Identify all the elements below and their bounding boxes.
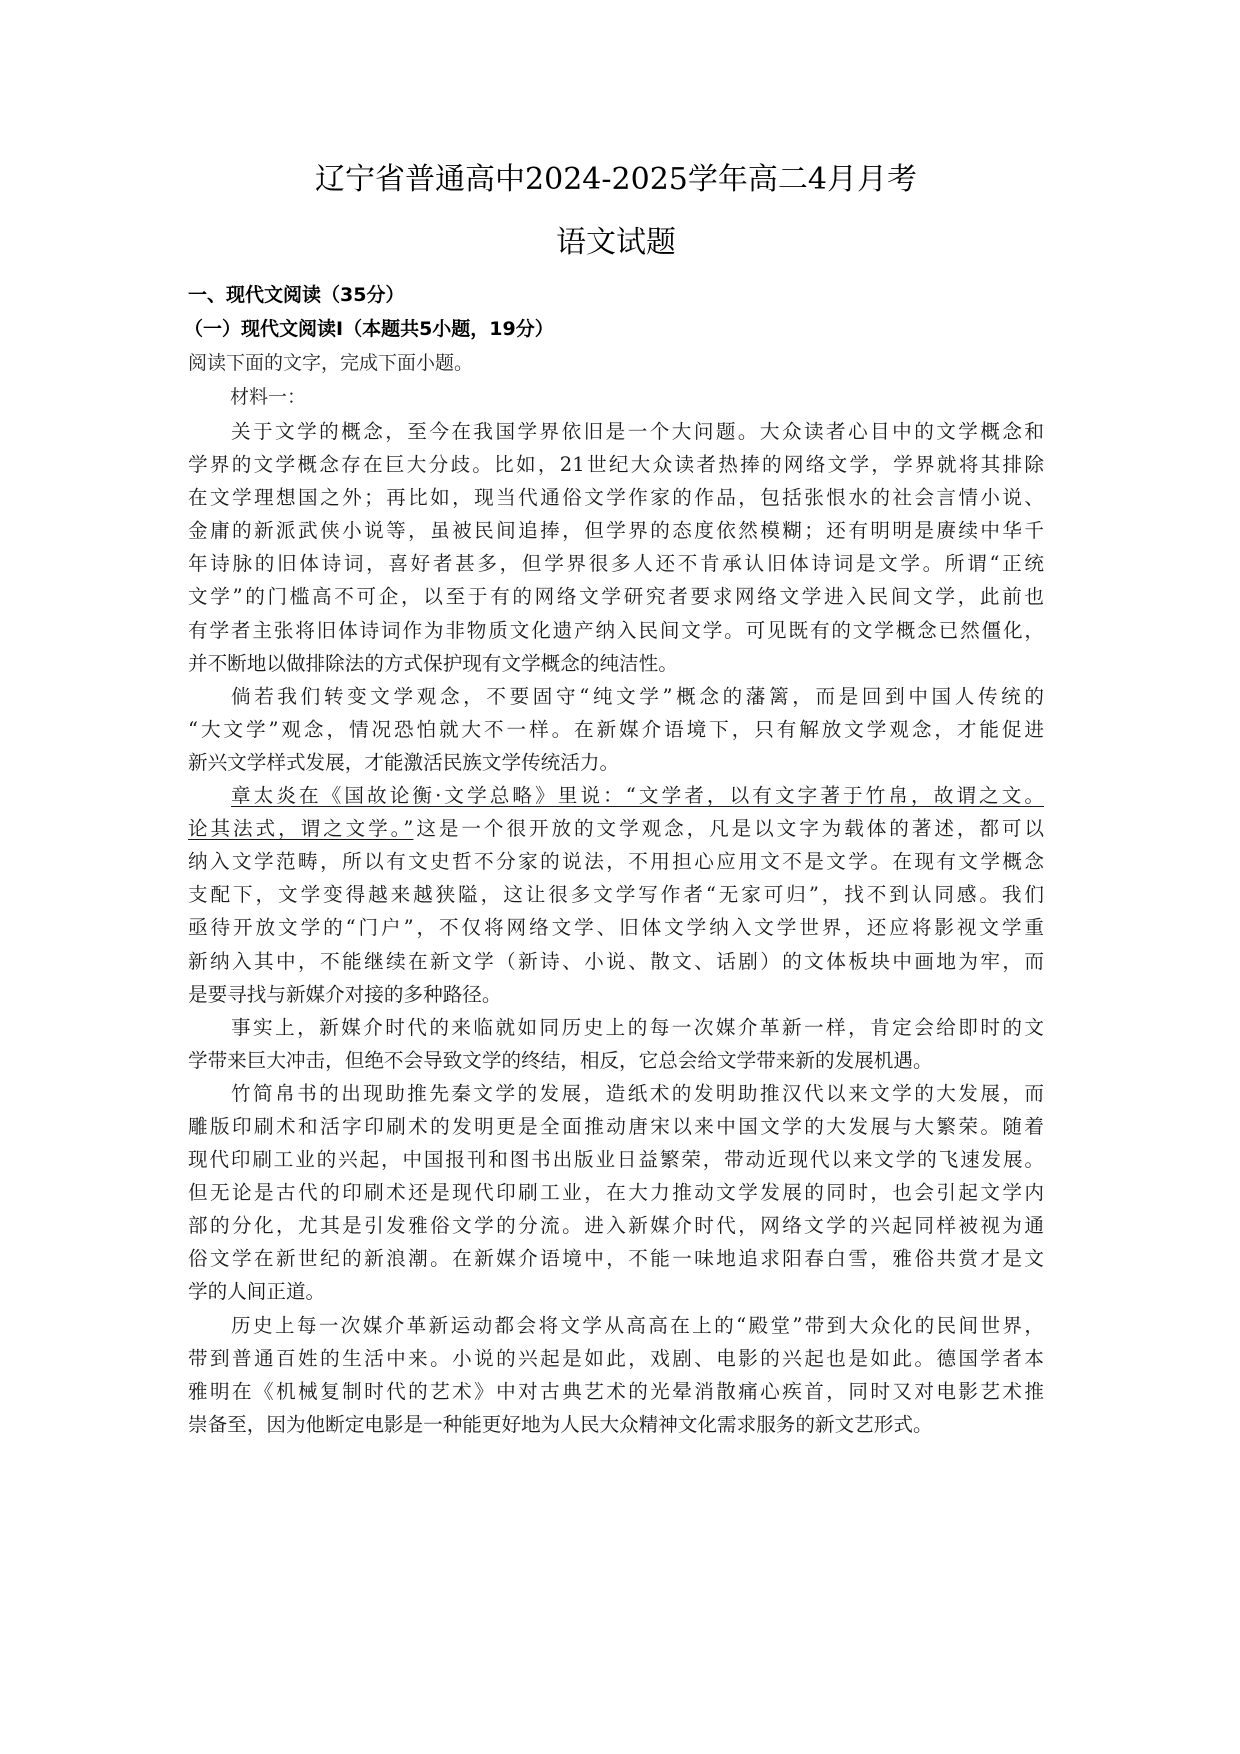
passage-line: 纳入文学范畴，所以有文史哲不分家的说法，不用担心应用文不是文学。在现有文学概念	[188, 845, 1044, 878]
passage-line: 在文学理想国之外；再比如，现当代通俗文学作家的作品，包括张恨水的社会言情小说、	[188, 481, 1044, 514]
subsection-heading: （一）现代文阅读Ⅰ（本题共5小题，19分）	[184, 316, 554, 342]
passage-line: 支配下，文学变得越来越狭隘，这让很多文学写作者“无家可归”，找不到认同感。我们	[188, 878, 1044, 911]
passage-line: 历史上每一次媒介革新运动都会将文学从高高在上的“殿堂”带到大众化的民间世界，	[188, 1309, 1044, 1342]
passage-line: 文学”的门槛高不可企，以至于有的网络文学研究者要求网络文学进入民间文学，此前也	[188, 580, 1044, 613]
passage-line: 年诗脉的旧体诗词，喜好者甚多，但学界很多人还不肯承认旧体诗词是文学。所谓“正统	[188, 547, 1044, 580]
underlined-quote: 章太炎在《国故论衡·文学总略》里说：“文学者，以有文字著于竹帛，故谓之文。	[231, 784, 1044, 807]
passage-line: 竹简帛书的出现助推先秦文学的发展，造纸术的发明助推汉代以来文学的大发展，而	[188, 1077, 1044, 1110]
passage-line: 学界的文学概念存在巨大分歧。比如，21世纪大众读者热捧的网络文学，学界就将其排除	[188, 448, 1044, 481]
passage-line: 带到普通百姓的生活中来。小说的兴起是如此，戏剧、电影的兴起也是如此。德国学者本	[188, 1342, 1044, 1375]
passage-line: 学带来巨大冲击，但绝不会导致文学的终结，相反，它总会给文学带来新的发展机遇。	[188, 1044, 1044, 1077]
passage-line: 雅明在《机械复制时代的艺术》中对古典艺术的光晕消散痛心疾首，同时又对电影艺术推	[188, 1375, 1044, 1408]
passage-body: 关于文学的概念，至今在我国学界依旧是一个大问题。大众读者心目中的文学概念和学界的…	[188, 415, 1044, 1441]
material-label: 材料一：	[230, 384, 306, 410]
passage-line: 学的人间正道。	[188, 1275, 1044, 1308]
passage-line: 但无论是古代的印刷术还是现代印刷工业，在大力推动文学发展的同时，也会引起文学内	[188, 1176, 1044, 1209]
underlined-quote: 论其法式，谓之文学。”	[188, 817, 413, 840]
passage-line: 关于文学的概念，至今在我国学界依旧是一个大问题。大众读者心目中的文学概念和	[188, 415, 1044, 448]
passage-line: 崇备至，因为他断定电影是一种能更好地为人民大众精神文化需求服务的新文艺形式。	[188, 1408, 1044, 1441]
passage-line: 论其法式，谓之文学。”这是一个很开放的文学观念，凡是以文字为载体的著述，都可以	[188, 812, 1044, 845]
passage-line: 倘若我们转变文学观念，不要固守“纯文学”概念的藩篱，而是回到中国人传统的	[188, 680, 1044, 713]
passage-line: 现代印刷工业的兴起，中国报刊和图书出版业日益繁荣，带动近现代以来文学的飞速发展。	[188, 1143, 1044, 1176]
passage-line: 并不断地以做排除法的方式保护现有文学概念的纯洁性。	[188, 647, 1044, 680]
passage-line: 雕版印刷术和活字印刷术的发明更是全面推动唐宋以来中国文学的大发展与大繁荣。随着	[188, 1110, 1044, 1143]
passage-line: 事实上，新媒介时代的来临就如同历史上的每一次媒介革新一样，肯定会给即时的文	[188, 1011, 1044, 1044]
passage-line: 金庸的新派武侠小说等，虽被民间追捧，但学界的态度依然模糊；还有明明是赓续中华千	[188, 514, 1044, 547]
passage-line: “大文学”观念，情况恐怕就大不一样。在新媒介语境下，只有解放文学观念，才能促进	[188, 713, 1044, 746]
passage-line: 新兴文学样式发展，才能激活民族文学传统活力。	[188, 746, 1044, 779]
passage-line: 俗文学在新世纪的新浪潮。在新媒介语境中，不能一味地追求阳春白雪，雅俗共赏才是文	[188, 1242, 1044, 1275]
passage-line: 亟待开放文学的“门户”，不仅将网络文学、旧体文学纳入文学世界，还应将影视文学重	[188, 911, 1044, 944]
reading-instruction: 阅读下面的文字，完成下面小题。	[188, 350, 473, 376]
passage-line: 是要寻找与新媒介对接的多种路径。	[188, 978, 1044, 1011]
section-heading: 一、现代文阅读（35分）	[188, 282, 404, 308]
passage-line: 部的分化，尤其是引发雅俗文学的分流。进入新媒介时代，网络文学的兴起同样被视为通	[188, 1209, 1044, 1242]
passage-line: 章太炎在《国故论衡·文学总略》里说：“文学者，以有文字著于竹帛，故谓之文。	[188, 779, 1044, 812]
exam-title: 辽宁省普通高中2024-2025学年高二4月月考	[188, 160, 1044, 200]
passage-line: 新纳入其中，不能继续在新文学（新诗、小说、散文、话剧）的文体板块中画地为牢，而	[188, 945, 1044, 978]
exam-subtitle: 语文试题	[188, 223, 1044, 263]
passage-line: 有学者主张将旧体诗词作为非物质文化遗产纳入民间文学。可见既有的文学概念已然僵化，	[188, 614, 1044, 647]
